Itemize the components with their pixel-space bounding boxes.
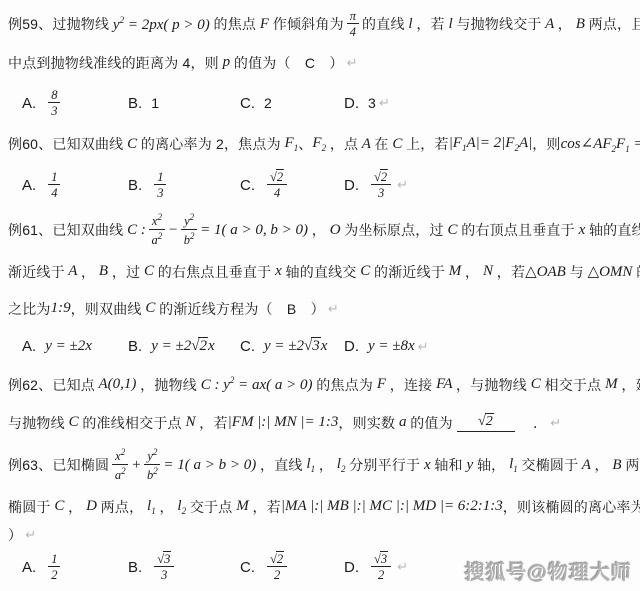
option-label: A. bbox=[22, 95, 36, 112]
option-A: A.83 bbox=[22, 88, 128, 119]
fraction: 12 bbox=[48, 552, 60, 583]
text-run: 例59、过抛物线 bbox=[8, 14, 109, 34]
radical: √3 bbox=[374, 552, 388, 566]
math-run: M bbox=[601, 376, 621, 393]
problem-59-line-1: 例59、过抛物线 y2 = 2px( p > 0) 的焦点 F 作倾斜角为π4的… bbox=[0, 4, 640, 44]
text-run: ， bbox=[465, 262, 479, 282]
option-B: B.√33 bbox=[128, 552, 240, 583]
fraction: √33 bbox=[154, 552, 174, 583]
text-run: 轴， bbox=[477, 455, 505, 475]
radical: √2 bbox=[270, 552, 284, 566]
text-run: 例60、已知双曲线 bbox=[8, 134, 123, 154]
math-run: C bbox=[357, 263, 375, 280]
problem-59-line-2: 中点到抛物线准线的距离为 4，则 p 的值为（ C ）↵ bbox=[0, 44, 640, 81]
text-run: 的面积 bbox=[636, 262, 640, 282]
problem-63-line-2: 椭圆于 C ， D 两点， l1 ， l2 交于点 M ，若|MA |:| MB… bbox=[0, 488, 640, 525]
math-run: O bbox=[326, 222, 344, 239]
math-run: 1:9 bbox=[51, 300, 71, 317]
math-run: C bbox=[51, 498, 69, 515]
math-run: A(0,1) bbox=[95, 376, 140, 393]
option-label: A. bbox=[22, 559, 36, 576]
option-label: C. bbox=[240, 559, 255, 576]
radical: √2 bbox=[191, 338, 208, 354]
math-run: C : y2 = ax( a > 0) bbox=[197, 375, 316, 394]
text-run: 、 bbox=[298, 134, 312, 154]
math-run: y = ±2√3x bbox=[264, 338, 327, 355]
math-run: F1 bbox=[281, 135, 298, 153]
math-run: △OAB bbox=[525, 262, 569, 281]
option-label: C. bbox=[240, 177, 255, 194]
math-run: x bbox=[271, 263, 285, 280]
math-run: l1 bbox=[143, 498, 159, 516]
problem-60-line-1: 例60、已知双曲线 C 的离心率为 2，焦点为 F1、F2 ，点 A 在 C 上… bbox=[0, 125, 640, 163]
math-run: C bbox=[444, 222, 462, 239]
radical: √2 bbox=[374, 170, 388, 184]
math-run: l1 bbox=[505, 456, 521, 474]
math-run: M bbox=[445, 263, 465, 280]
text-run: ，延长 bbox=[621, 375, 640, 395]
fraction: x2a2 bbox=[112, 447, 128, 482]
problem-63-line-3: ）↵ bbox=[0, 525, 640, 545]
text-run: ，若 bbox=[416, 14, 444, 34]
math-run: − bbox=[168, 222, 178, 239]
math-run: cos∠AF2F1 = bbox=[561, 134, 640, 154]
fraction: 13 bbox=[154, 170, 166, 201]
text-run: ， bbox=[81, 262, 95, 282]
math-run: y2 = 2px( p > 0) bbox=[109, 15, 213, 34]
text-run: 渐近线于 bbox=[8, 262, 65, 282]
text-run: 轴和 bbox=[434, 455, 462, 475]
fraction: y2b2 bbox=[144, 447, 160, 482]
text-run: 为坐标原点，过 bbox=[344, 220, 443, 240]
math-run: C bbox=[389, 136, 407, 153]
option-D: D.√23↵ bbox=[344, 170, 408, 201]
text-run: 的渐近线方程为（ B ） bbox=[159, 299, 325, 319]
text-run: ， bbox=[312, 220, 326, 240]
option-D: D.√32↵ bbox=[344, 552, 408, 583]
math-run: x bbox=[575, 222, 589, 239]
math-run: F bbox=[373, 376, 390, 393]
option-label: C. bbox=[240, 95, 255, 112]
problem-63-line-1: 例63、已知椭圆x2a2+y2b2= 1( a > b > 0) ，直线 l1 … bbox=[0, 442, 640, 488]
text-run: ，抛物线 bbox=[140, 375, 197, 395]
math-run: FA bbox=[432, 376, 456, 393]
text-run: 的值为（ C ） bbox=[234, 53, 344, 73]
text-run: 中点到抛物线准线的距离为 4，则 bbox=[8, 53, 219, 73]
math-run: l2 bbox=[174, 498, 190, 516]
text-run: 两点，且 bbox=[589, 14, 640, 34]
option-label: D. bbox=[344, 177, 359, 194]
text-run: 例62、已知点 bbox=[8, 375, 95, 395]
paragraph-mark-icon: ↵ bbox=[379, 95, 390, 111]
math-run: △OMN bbox=[584, 262, 636, 281]
math-run: A bbox=[65, 263, 81, 280]
option-B: B.13 bbox=[128, 170, 240, 201]
math-run: C bbox=[140, 263, 158, 280]
text-run: ，则实数 bbox=[338, 413, 395, 433]
problem-62-line-2: 与抛物线 C 的准线相交于点 N ，若|FM |:| MN |= 1:3，则实数… bbox=[0, 403, 640, 442]
text-run: ，则 bbox=[532, 134, 560, 154]
option-C: C.√24 bbox=[240, 170, 344, 201]
option-label: B. bbox=[128, 338, 142, 355]
fraction: √24 bbox=[267, 170, 287, 201]
text-run: 轴的直线交 bbox=[286, 262, 357, 282]
paragraph-mark-icon: ↵ bbox=[418, 339, 429, 355]
text-run: 上，若 bbox=[406, 134, 449, 154]
option-A: A.12 bbox=[22, 552, 128, 583]
text-run: 分别平行于 bbox=[349, 455, 420, 475]
text-run: 作倾斜角为 bbox=[273, 14, 344, 34]
fraction: x2a2 bbox=[149, 212, 165, 247]
text-run: ，点 bbox=[330, 134, 358, 154]
fraction: 14 bbox=[48, 170, 60, 201]
math-run: + bbox=[131, 457, 141, 474]
text-run: 与抛物线 bbox=[8, 413, 65, 433]
text-run: ， bbox=[558, 14, 572, 34]
problem-61-line-2: 渐近线于 A ， B ，过 C 的右焦点且垂直于 x 轴的直线交 C 的渐近线于… bbox=[0, 253, 640, 290]
math-run: l bbox=[405, 16, 417, 33]
text-run: 2 bbox=[264, 95, 272, 111]
math-run: l1 bbox=[303, 456, 319, 474]
radical: √3 bbox=[157, 552, 171, 566]
text-run: ，连接 bbox=[390, 375, 433, 395]
text-run: ， bbox=[68, 497, 82, 517]
math-run: C bbox=[527, 376, 545, 393]
text-run: ， bbox=[319, 455, 333, 475]
problem-61-line-3: 之比为1:9，则双曲线 C 的渐近线方程为（ B ）↵ bbox=[0, 290, 640, 327]
answer-blank: √2 bbox=[457, 414, 515, 432]
option-A: A.14 bbox=[22, 170, 128, 201]
text-run: ） bbox=[8, 525, 22, 545]
math-run: = 1( a > b > 0) bbox=[163, 457, 260, 474]
option-label: D. bbox=[344, 95, 359, 112]
math-run: N bbox=[479, 263, 497, 280]
watermark: 搜狐号@物理大师 bbox=[464, 556, 632, 585]
text-run: 相交于点 bbox=[545, 375, 602, 395]
math-run: C bbox=[142, 300, 160, 317]
text-run: 交椭圆于 bbox=[522, 455, 579, 475]
math-run: |MA |:| MB |:| MC |:| MD |= 6:2:1:3 bbox=[281, 498, 503, 515]
option-A: A.y = ±2x bbox=[22, 338, 128, 355]
math-run: F bbox=[256, 16, 273, 33]
text-run: ，若 bbox=[252, 497, 280, 517]
text-run: 在 bbox=[374, 134, 388, 154]
math-run: C bbox=[123, 136, 141, 153]
option-label: D. bbox=[344, 338, 359, 355]
text-run: 的渐近线于 bbox=[374, 262, 445, 282]
radical: √2 bbox=[270, 170, 284, 184]
text-run: 与抛物线交于 bbox=[456, 14, 541, 34]
math-run: |F1A|= 2|F2A| bbox=[449, 135, 533, 153]
math-run: y = ±2x bbox=[45, 338, 92, 355]
text-run: 例61、已知双曲线 bbox=[8, 220, 123, 240]
fraction: √32 bbox=[371, 552, 391, 583]
option-B: B.1 bbox=[128, 95, 240, 112]
math-run: x bbox=[420, 457, 434, 474]
option-C: C.2 bbox=[240, 95, 344, 112]
paragraph-mark-icon: ↵ bbox=[347, 55, 358, 71]
text-run: 之比为 bbox=[8, 299, 51, 319]
text-run: ，则该椭圆的离心率为（ D bbox=[503, 497, 640, 517]
math-run: B bbox=[609, 457, 626, 474]
option-label: A. bbox=[22, 338, 36, 355]
text-run: 的准线相交于点 bbox=[82, 413, 181, 433]
paragraph-mark-icon: ↵ bbox=[328, 301, 339, 317]
problem-62-line-1: 例62、已知点 A(0,1) ，抛物线 C : y2 = ax( a > 0) … bbox=[0, 366, 640, 403]
math-run: l bbox=[445, 16, 457, 33]
option-B: B.y = ±2√2x bbox=[128, 338, 240, 355]
option-label: B. bbox=[128, 177, 142, 194]
text-run: ，则双曲线 bbox=[71, 299, 142, 319]
text-run: ，若 bbox=[497, 262, 525, 282]
problem-61-line-1: 例61、已知双曲线 C :x2a2−y2b2= 1( a > 0, b > 0)… bbox=[0, 207, 640, 253]
paragraph-mark-icon: ↵ bbox=[550, 415, 561, 431]
text-run: ． bbox=[519, 413, 547, 433]
text-run: ，过 bbox=[112, 262, 140, 282]
math-run: p bbox=[219, 54, 234, 71]
text-run: 的焦点为 bbox=[316, 375, 373, 395]
text-run: ，与抛物线 bbox=[456, 375, 527, 395]
math-run: = 1( a > 0, b > 0) bbox=[200, 222, 312, 239]
text-run: 的右焦点且垂直于 bbox=[158, 262, 272, 282]
math-run: N bbox=[182, 414, 200, 431]
math-run: M bbox=[232, 498, 252, 515]
math-run: y = ±8x bbox=[368, 338, 415, 355]
text-run: 的离心率为 2，焦点为 bbox=[141, 134, 281, 154]
paragraph-mark-icon: ↵ bbox=[25, 527, 36, 543]
math-run: B bbox=[95, 263, 112, 280]
math-run: C : bbox=[123, 222, 146, 239]
math-run: y = ±2√2x bbox=[151, 338, 214, 355]
text-run: 椭圆于 bbox=[8, 497, 51, 517]
fraction: √22 bbox=[267, 552, 287, 583]
text-run: 交于点 bbox=[190, 497, 233, 517]
radical: √3 bbox=[304, 338, 321, 354]
fraction: π4 bbox=[347, 9, 359, 40]
math-run: B bbox=[572, 16, 589, 33]
problem-60-options: A.14B.13C.√24D.√23↵ bbox=[0, 163, 640, 207]
text-run: 的直线 bbox=[362, 14, 405, 34]
option-label: B. bbox=[128, 559, 142, 576]
radical: √2 bbox=[478, 414, 494, 430]
option-label: A. bbox=[22, 177, 36, 194]
text-run: 两点， bbox=[625, 455, 640, 475]
math-run: |FM |:| MN |= 1:3 bbox=[228, 414, 339, 431]
text-run: ，直线 bbox=[260, 455, 303, 475]
option-D: D.y = ±8x↵ bbox=[344, 338, 429, 355]
text-run: ，若 bbox=[199, 413, 227, 433]
fraction: 83 bbox=[48, 88, 60, 119]
option-C: C.y = ±2√3x bbox=[240, 338, 344, 355]
problem-61-options: A.y = ±2xB.y = ±2√2xC.y = ±2√3xD.y = ±8x… bbox=[0, 327, 640, 366]
text-run: ， bbox=[594, 455, 608, 475]
document-page: 例59、过抛物线 y2 = 2px( p > 0) 的焦点 F 作倾斜角为π4的… bbox=[0, 0, 640, 589]
option-C: C.√22 bbox=[240, 552, 344, 583]
option-D: D.3↵ bbox=[344, 95, 390, 112]
fraction: y2b2 bbox=[181, 212, 197, 247]
text-run: 3 bbox=[368, 95, 376, 111]
math-run: C bbox=[65, 414, 83, 431]
math-run: A bbox=[542, 16, 558, 33]
text-run: ， bbox=[159, 497, 173, 517]
option-label: C. bbox=[240, 338, 255, 355]
math-run: a bbox=[395, 414, 410, 431]
fraction: √23 bbox=[371, 170, 391, 201]
text-run: 例63、已知椭圆 bbox=[8, 455, 109, 475]
text-run: 轴的直线交 bbox=[589, 220, 640, 240]
text-run: 的右顶点且垂直于 bbox=[461, 220, 575, 240]
text-run: 与 bbox=[570, 262, 584, 282]
text-run: 的值为 bbox=[410, 413, 453, 433]
paragraph-mark-icon: ↵ bbox=[397, 177, 408, 193]
paragraph-mark-icon: ↵ bbox=[397, 559, 408, 575]
text-run: 的焦点 bbox=[214, 14, 257, 34]
math-run: y bbox=[463, 457, 477, 474]
option-label: B. bbox=[128, 95, 142, 112]
problem-59-options: A.83B.1C.2D.3↵ bbox=[0, 81, 640, 125]
text-run: 1 bbox=[151, 95, 159, 111]
math-run: D bbox=[82, 498, 100, 515]
math-run: A bbox=[578, 457, 594, 474]
option-label: D. bbox=[344, 559, 359, 576]
text-run: 两点， bbox=[101, 497, 144, 517]
math-run: F2 bbox=[312, 135, 329, 153]
math-run: l2 bbox=[333, 456, 349, 474]
math-run: A bbox=[358, 136, 374, 153]
